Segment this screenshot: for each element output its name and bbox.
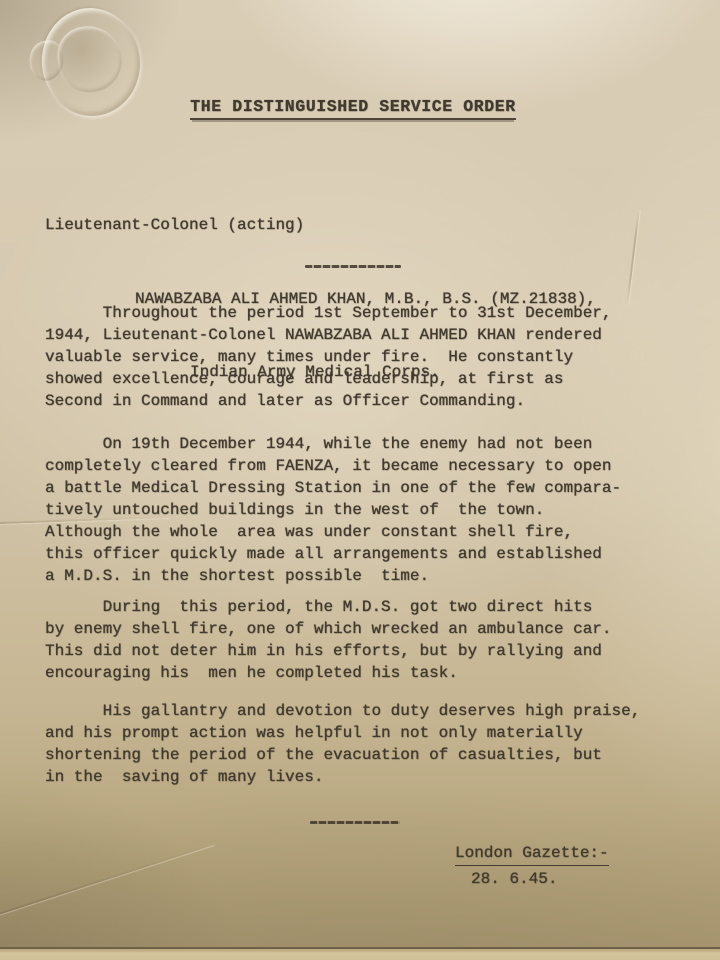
- seal-crest: [54, 23, 125, 95]
- frame-edge: [0, 947, 720, 960]
- title-row: THE DISTINGUISHED SERVICE ORDER: [0, 97, 706, 120]
- paper-crease: [626, 210, 640, 305]
- gazette-source-label: London Gazette:-: [455, 842, 609, 866]
- section-divider-bottom: [310, 821, 400, 824]
- citation-paragraph-4: His gallantry and devotion to duty deser…: [45, 700, 685, 788]
- document-photo: THE DISTINGUISHED SERVICE ORDER Lieutena…: [0, 0, 720, 960]
- seal-crest-supporter: [28, 39, 66, 82]
- gazette-reference: London Gazette:- 28. 6.45.: [455, 842, 609, 890]
- citation-paragraph-3: During this period, the M.D.S. got two d…: [45, 596, 685, 684]
- gazette-date: 28. 6.45.: [471, 868, 609, 890]
- citation-paragraph-2: On 19th December 1944, while the enemy h…: [45, 433, 685, 587]
- document-title: THE DISTINGUISHED SERVICE ORDER: [190, 97, 516, 120]
- paper-crease: [0, 843, 214, 919]
- citation-paragraph-1: Throughout the period 1st September to 3…: [45, 302, 685, 412]
- section-divider-top: [305, 265, 401, 268]
- recipient-rank: Lieutenant-Colonel (acting): [45, 213, 596, 238]
